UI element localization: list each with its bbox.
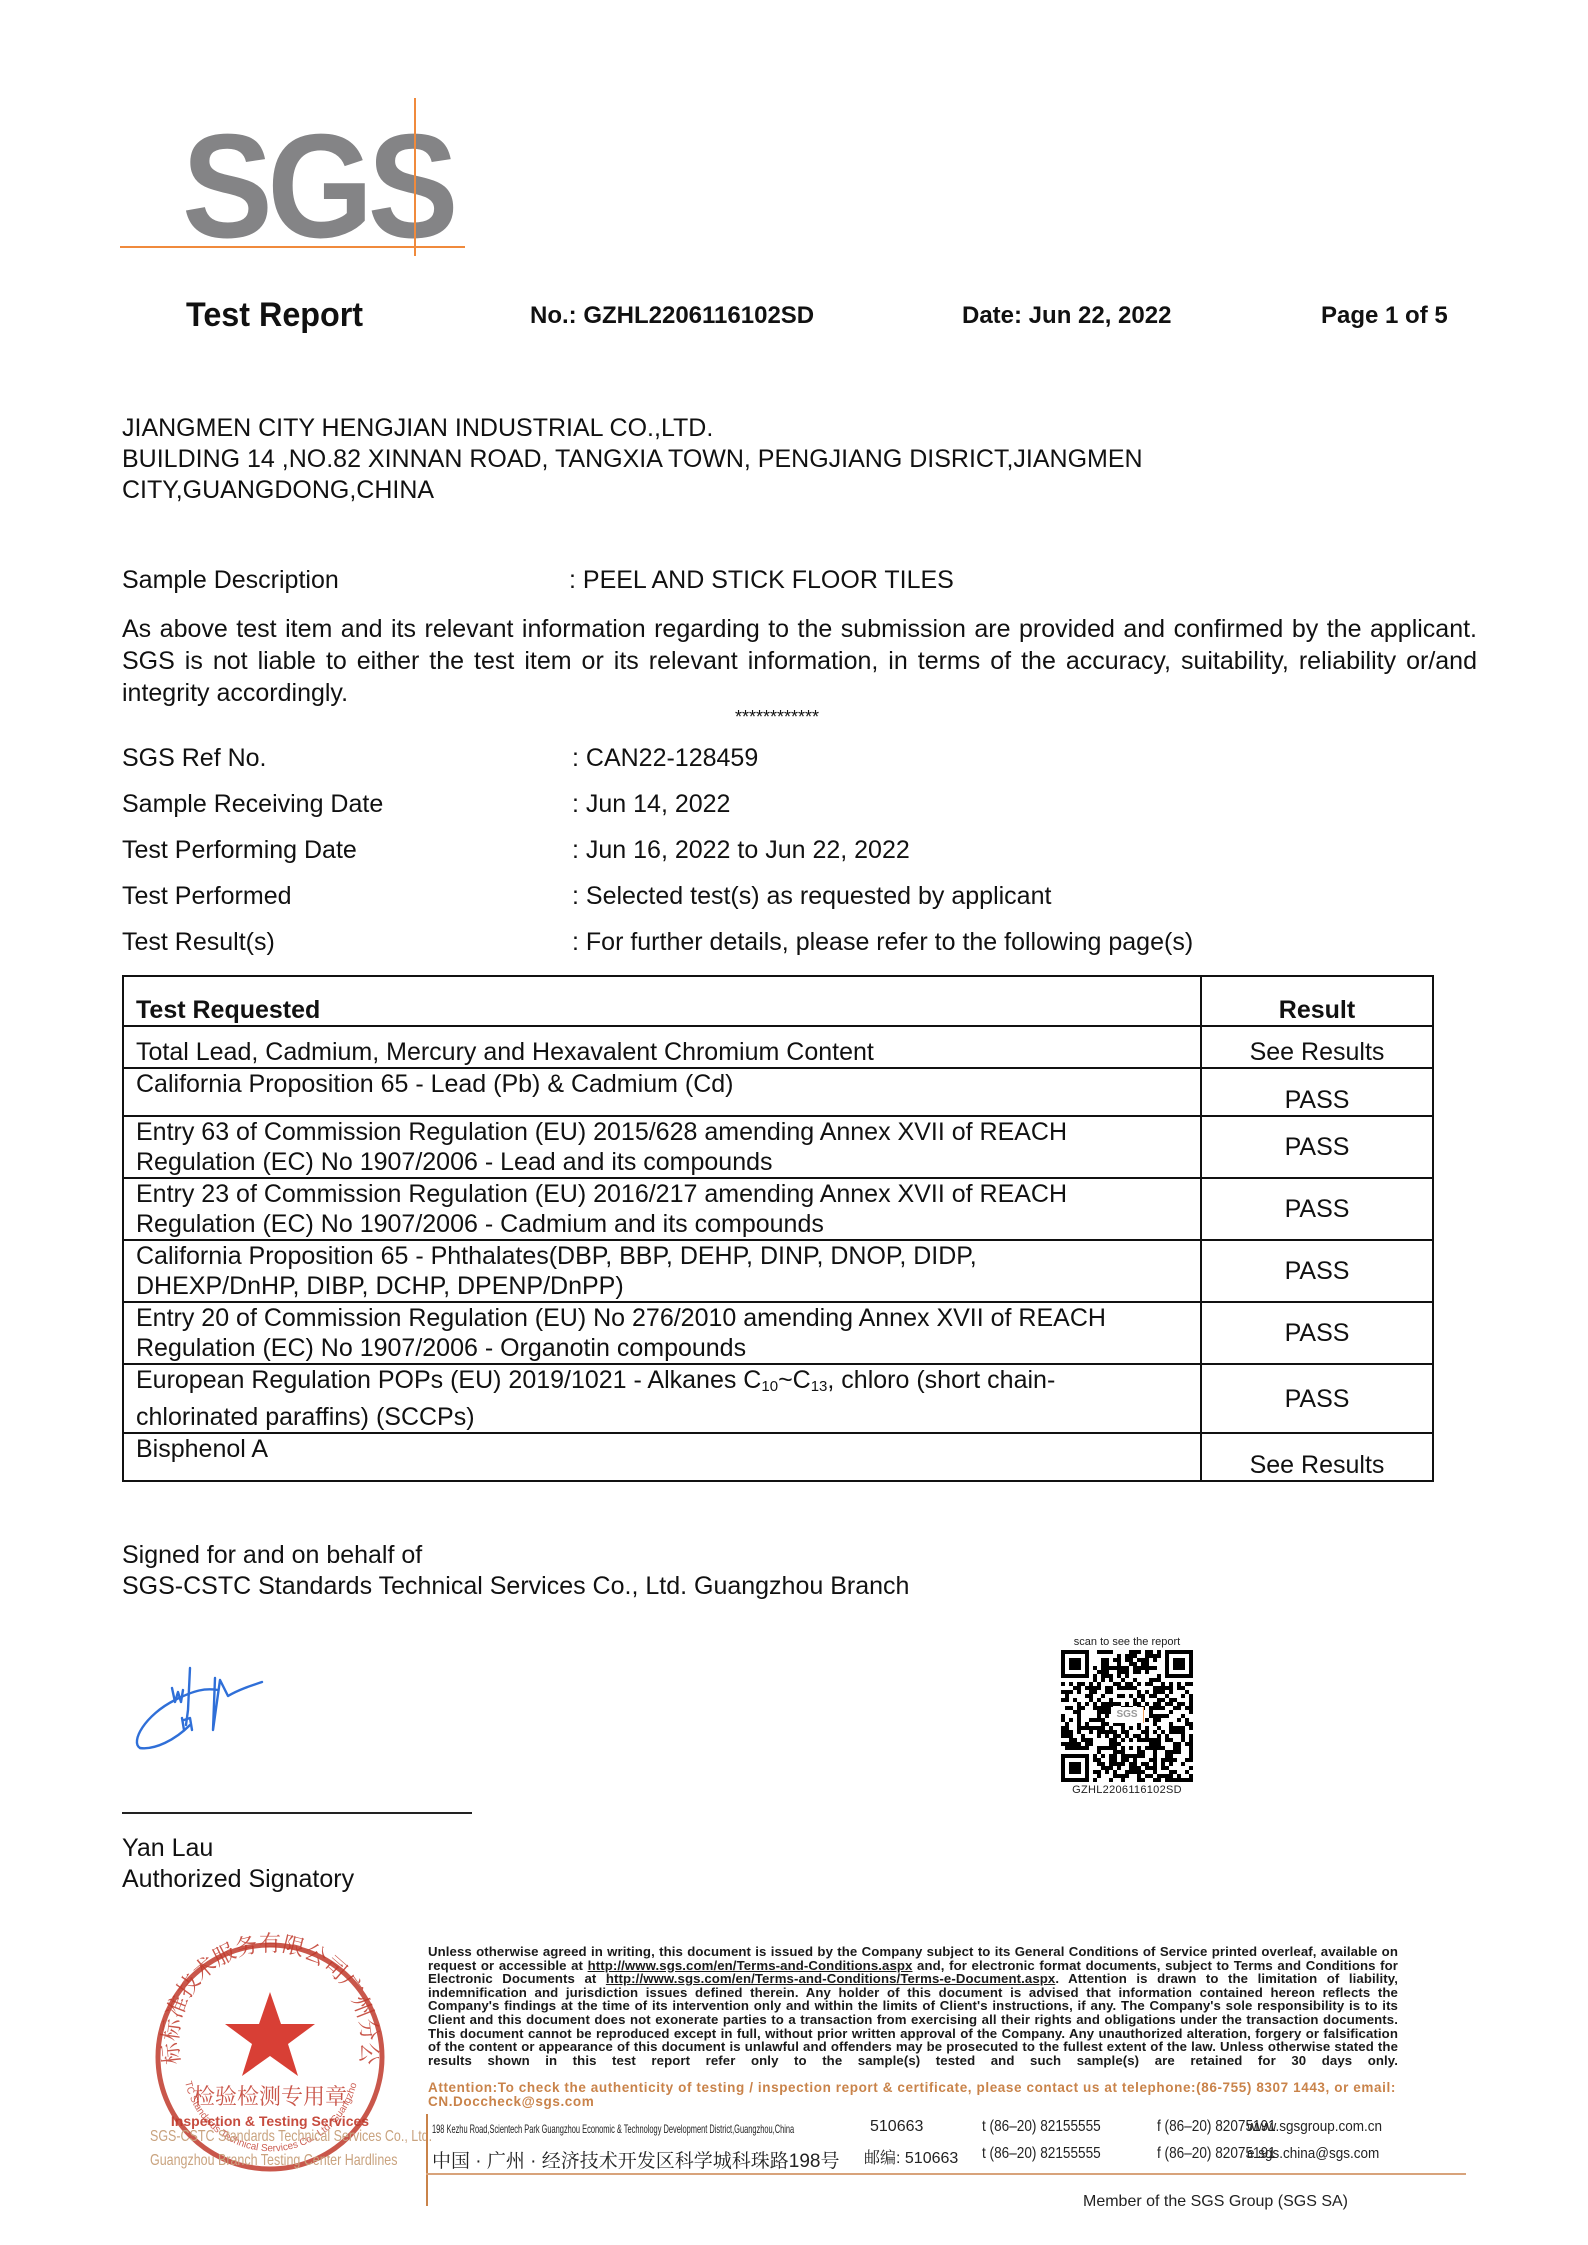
address-english: 198 Kezhu Road,Scientech Park Guangzhou … xyxy=(432,2122,794,2136)
report-title: Test Report xyxy=(186,298,363,332)
footer-company-line-1: SGS-CSTC Standards Technical Services Co… xyxy=(150,2125,361,2149)
test-name-line: Regulation (EC) No 1907/2006 - Cadmium a… xyxy=(136,1209,1188,1239)
test-name: Entry 63 of Commission Regulation (EU) 2… xyxy=(123,1116,1201,1178)
website-link[interactable]: www.sgsgroup.com.cn xyxy=(1247,2118,1382,2135)
subscript: 10 xyxy=(761,1378,778,1395)
footer-company-name: SGS-CSTC Standards Technical Services Co… xyxy=(150,2125,420,2173)
signed-for-text: Signed for and on behalf of xyxy=(122,1540,909,1571)
sgs-group-membership: Member of the SGS Group (SGS SA) xyxy=(1083,2193,1348,2211)
test-results-table: Test Requested Result Total Lead, Cadmiu… xyxy=(122,975,1434,1482)
table-row: California Proposition 65 - Lead (Pb) & … xyxy=(123,1068,1433,1116)
text-fragment: , chloro (short chain- xyxy=(827,1366,1055,1394)
signing-company: SGS-CSTC Standards Technical Services Co… xyxy=(122,1571,909,1602)
table-row: Total Lead, Cadmium, Mercury and Hexaval… xyxy=(123,1026,1433,1068)
report-date: Date: Jun 22, 2022 xyxy=(962,304,1171,328)
field-label: Test Performing Date xyxy=(122,835,357,865)
field-value: : For further details, please refer to t… xyxy=(572,927,1193,957)
test-name: European Regulation POPs (EU) 2019/1021 … xyxy=(123,1364,1201,1433)
footer-company-line-2: Guangzhou Branch Testing Center Hardline… xyxy=(150,2149,361,2173)
text-fragment: European Regulation POPs (EU) 2019/1021 … xyxy=(136,1366,761,1394)
field-label: SGS Ref No. xyxy=(122,743,267,773)
test-name-line: California Proposition 65 - Phthalates(D… xyxy=(136,1241,1188,1271)
report-qr-block: scan to see the report SGS GZHL220611610… xyxy=(1057,1636,1197,1796)
test-name: Bisphenol A xyxy=(123,1433,1201,1481)
table-row: Entry 20 of Commission Regulation (EU) N… xyxy=(123,1302,1433,1364)
qr-center-label: SGS xyxy=(1111,1707,1144,1723)
applicant-name: JIANGMEN CITY HENGJIAN INDUSTRIAL CO.,LT… xyxy=(122,413,1422,444)
qr-report-id: GZHL2206116102SD xyxy=(1057,1784,1197,1796)
report-number: No.: GZHL2206116102SD xyxy=(530,304,814,328)
field-label: Sample Receiving Date xyxy=(122,789,383,819)
sgs-logo-text: SGS xyxy=(182,113,453,261)
column-header-result: Result xyxy=(1201,976,1433,1026)
test-result: PASS xyxy=(1201,1364,1433,1433)
table-row: Bisphenol A See Results xyxy=(123,1433,1433,1481)
authenticity-attention: Attention:To check the authenticity of t… xyxy=(428,2081,1398,2109)
sample-description-label: Sample Description xyxy=(122,565,339,595)
telephone: t (86–20) 82155555 xyxy=(982,2145,1101,2163)
applicant-block: JIANGMEN CITY HENGJIAN INDUSTRIAL CO.,LT… xyxy=(122,413,1422,506)
signature-line xyxy=(122,1812,472,1814)
field-value: : Selected test(s) as requested by appli… xyxy=(572,881,1051,911)
test-name: Entry 23 of Commission Regulation (EU) 2… xyxy=(123,1178,1201,1240)
signatory-name: Yan Lau xyxy=(122,1833,354,1864)
test-name-line: Regulation (EC) No 1907/2006 - Lead and … xyxy=(136,1147,1188,1177)
field-value: : Jun 16, 2022 to Jun 22, 2022 xyxy=(572,835,910,865)
footer-divider-horizontal xyxy=(426,2173,1466,2175)
logo-orange-vertical-line xyxy=(414,98,416,256)
field-value: : CAN22-128459 xyxy=(572,743,758,773)
footer-divider-vertical xyxy=(426,2114,428,2206)
test-result: PASS xyxy=(1201,1302,1433,1364)
sgs-logo: SGS xyxy=(120,95,470,265)
qr-code-icon[interactable]: SGS xyxy=(1061,1650,1193,1782)
field-label: Test Result(s) xyxy=(122,927,275,957)
test-name: Total Lead, Cadmium, Mercury and Hexaval… xyxy=(123,1026,1201,1068)
test-name: California Proposition 65 - Lead (Pb) & … xyxy=(123,1068,1201,1116)
sample-description-value: : PEEL AND STICK FLOOR TILES xyxy=(569,565,954,595)
test-name-line: European Regulation POPs (EU) 2019/1021 … xyxy=(136,1365,1188,1402)
applicant-disclaimer-note: As above test item and its relevant info… xyxy=(122,613,1477,709)
subscript: 13 xyxy=(811,1378,828,1395)
test-result: See Results xyxy=(1201,1026,1433,1068)
svg-text:检验检测专用章: 检验检测专用章 xyxy=(193,2085,347,2110)
test-name-line: Entry 63 of Commission Regulation (EU) 2… xyxy=(136,1117,1188,1147)
field-value: : Jun 14, 2022 xyxy=(572,789,730,819)
postal-code-chinese: 邮编: 510663 xyxy=(864,2145,958,2168)
terms-text: . Attention is drawn to the limitation o… xyxy=(428,1971,1398,2068)
telephone: t (86–20) 82155555 xyxy=(982,2118,1101,2136)
signed-on-behalf-block: Signed for and on behalf of SGS-CSTC Sta… xyxy=(122,1540,909,1602)
test-result: See Results xyxy=(1201,1433,1433,1481)
text-fragment: ~C xyxy=(778,1366,811,1394)
terms-and-conditions: Unless otherwise agreed in writing, this… xyxy=(428,1945,1398,2067)
applicant-address-line-2: CITY,GUANGDONG,CHINA xyxy=(122,475,1422,506)
table-row: European Regulation POPs (EU) 2019/1021 … xyxy=(123,1364,1433,1433)
postal-code: 510663 xyxy=(870,2118,923,2136)
table-row: Entry 63 of Commission Regulation (EU) 2… xyxy=(123,1116,1433,1178)
separator-stars: ************ xyxy=(735,707,819,728)
table-row: California Proposition 65 - Phthalates(D… xyxy=(123,1240,1433,1302)
signatory-block: Yan Lau Authorized Signatory xyxy=(122,1833,354,1895)
test-name-line: chlorinated paraffins) (SCCPs) xyxy=(136,1402,1188,1432)
test-name-line: Entry 23 of Commission Regulation (EU) 2… xyxy=(136,1179,1188,1209)
test-result: PASS xyxy=(1201,1240,1433,1302)
signatory-title: Authorized Signatory xyxy=(122,1864,354,1895)
test-name-line: Regulation (EC) No 1907/2006 - Organotin… xyxy=(136,1333,1188,1363)
address-chinese: 中国 · 广州 · 经济技术开发区科学城科珠路198号 xyxy=(432,2146,839,2173)
test-name: Entry 20 of Commission Regulation (EU) N… xyxy=(123,1302,1201,1364)
field-label: Test Performed xyxy=(122,881,292,911)
table-row: Entry 23 of Commission Regulation (EU) 2… xyxy=(123,1178,1433,1240)
qr-caption: scan to see the report xyxy=(1057,1636,1197,1648)
test-name-line: DHEXP/DnHP, DIBP, DCHP, DPENP/DnPP) xyxy=(136,1271,1188,1301)
test-name: California Proposition 65 - Phthalates(D… xyxy=(123,1240,1201,1302)
test-result: PASS xyxy=(1201,1178,1433,1240)
applicant-address-line-1: BUILDING 14 ,NO.82 XINNAN ROAD, TANGXIA … xyxy=(122,444,1422,475)
table-header-row: Test Requested Result xyxy=(123,976,1433,1026)
test-name-line: Entry 20 of Commission Regulation (EU) N… xyxy=(136,1303,1188,1333)
page-indicator: Page 1 of 5 xyxy=(1321,304,1448,328)
test-result: PASS xyxy=(1201,1068,1433,1116)
handwritten-signature xyxy=(120,1630,380,1760)
test-result: PASS xyxy=(1201,1116,1433,1178)
column-header-test-requested: Test Requested xyxy=(123,976,1201,1026)
email-link[interactable]: e sgs.china@sgs.com xyxy=(1247,2145,1379,2162)
